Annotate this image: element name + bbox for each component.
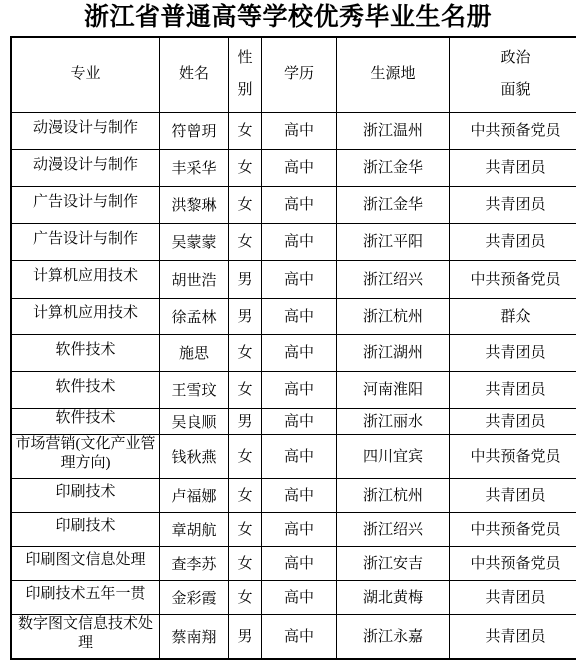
cell-gender: 女 xyxy=(229,546,262,580)
table-body: 动漫设计与制作符曾玥女高中浙江温州中共预备党员动漫设计与制作丰采华女高中浙江金华… xyxy=(11,112,576,659)
cell-education: 高中 xyxy=(262,298,337,334)
table-row: 印刷技术章胡航女高中浙江绍兴中共预备党员 xyxy=(11,512,576,546)
cell-origin: 浙江平阳 xyxy=(337,223,450,260)
cell-name: 吴良顺 xyxy=(160,408,229,434)
cell-major: 数字图文信息技术处理 xyxy=(11,614,160,659)
table-header-row: 专业姓名性 别学历生源地政治 面貌 xyxy=(11,37,576,112)
cell-origin: 浙江绍兴 xyxy=(337,512,450,546)
table-row: 市场营销(文化产业管理方向)钱秋燕女高中四川宜宾中共预备党员 xyxy=(11,434,576,478)
cell-major: 印刷技术 xyxy=(11,478,160,512)
cell-origin: 河南淮阳 xyxy=(337,371,450,408)
cell-origin: 湖北黄梅 xyxy=(337,580,450,614)
cell-education: 高中 xyxy=(262,186,337,223)
graduates-roster-table: 专业姓名性 别学历生源地政治 面貌 动漫设计与制作符曾玥女高中浙江温州中共预备党… xyxy=(10,36,576,660)
cell-political: 共青团员 xyxy=(450,186,576,223)
table-header: 专业姓名性 别学历生源地政治 面貌 xyxy=(11,37,576,112)
cell-name: 章胡航 xyxy=(160,512,229,546)
cell-name: 卢福娜 xyxy=(160,478,229,512)
cell-political: 共青团员 xyxy=(450,371,576,408)
cell-major: 印刷图文信息处理 xyxy=(11,546,160,580)
cell-education: 高中 xyxy=(262,408,337,434)
cell-political: 共青团员 xyxy=(450,580,576,614)
cell-name: 胡世浩 xyxy=(160,260,229,298)
cell-name: 金彩霞 xyxy=(160,580,229,614)
cell-gender: 男 xyxy=(229,614,262,659)
cell-origin: 浙江杭州 xyxy=(337,478,450,512)
cell-major: 印刷技术五年一贯 xyxy=(11,580,160,614)
cell-name: 符曾玥 xyxy=(160,112,229,149)
cell-name: 查李苏 xyxy=(160,546,229,580)
cell-gender: 女 xyxy=(229,149,262,186)
cell-name: 吴蒙蒙 xyxy=(160,223,229,260)
cell-political: 共青团员 xyxy=(450,223,576,260)
table-row: 印刷技术五年一贯金彩霞女高中湖北黄梅共青团员 xyxy=(11,580,576,614)
table-row: 软件技术施思女高中浙江湖州共青团员 xyxy=(11,334,576,371)
cell-major: 软件技术 xyxy=(11,371,160,408)
cell-major: 动漫设计与制作 xyxy=(11,149,160,186)
cell-name: 蔡南翔 xyxy=(160,614,229,659)
cell-gender: 女 xyxy=(229,371,262,408)
cell-major: 市场营销(文化产业管理方向) xyxy=(11,434,160,478)
cell-political: 共青团员 xyxy=(450,334,576,371)
cell-name: 施思 xyxy=(160,334,229,371)
cell-education: 高中 xyxy=(262,546,337,580)
cell-origin: 浙江金华 xyxy=(337,149,450,186)
column-header-education: 学历 xyxy=(262,37,337,112)
cell-major: 印刷技术 xyxy=(11,512,160,546)
cell-origin: 浙江杭州 xyxy=(337,298,450,334)
cell-education: 高中 xyxy=(262,149,337,186)
cell-education: 高中 xyxy=(262,334,337,371)
table-row: 动漫设计与制作符曾玥女高中浙江温州中共预备党员 xyxy=(11,112,576,149)
cell-gender: 男 xyxy=(229,408,262,434)
cell-major: 软件技术 xyxy=(11,334,160,371)
cell-name: 王雪玟 xyxy=(160,371,229,408)
cell-education: 高中 xyxy=(262,512,337,546)
table-row: 印刷图文信息处理查李苏女高中浙江安吉中共预备党员 xyxy=(11,546,576,580)
table-row: 动漫设计与制作丰采华女高中浙江金华共青团员 xyxy=(11,149,576,186)
document-page: 浙江省普通高等学校优秀毕业生名册 专业姓名性 别学历生源地政治 面貌 动漫设计与… xyxy=(0,0,576,665)
cell-origin: 浙江安吉 xyxy=(337,546,450,580)
cell-education: 高中 xyxy=(262,478,337,512)
cell-gender: 女 xyxy=(229,334,262,371)
cell-major: 动漫设计与制作 xyxy=(11,112,160,149)
cell-origin: 浙江绍兴 xyxy=(337,260,450,298)
cell-education: 高中 xyxy=(262,434,337,478)
table-row: 计算机应用技术徐孟林男高中浙江杭州群众 xyxy=(11,298,576,334)
cell-name: 洪黎琳 xyxy=(160,186,229,223)
cell-political: 中共预备党员 xyxy=(450,260,576,298)
cell-political: 中共预备党员 xyxy=(450,512,576,546)
cell-name: 丰采华 xyxy=(160,149,229,186)
cell-origin: 浙江金华 xyxy=(337,186,450,223)
cell-education: 高中 xyxy=(262,580,337,614)
cell-political: 中共预备党员 xyxy=(450,434,576,478)
cell-gender: 男 xyxy=(229,298,262,334)
table-row: 计算机应用技术胡世浩男高中浙江绍兴中共预备党员 xyxy=(11,260,576,298)
column-header-gender: 性 别 xyxy=(229,37,262,112)
cell-major: 软件技术 xyxy=(11,408,160,434)
cell-education: 高中 xyxy=(262,223,337,260)
column-header-name: 姓名 xyxy=(160,37,229,112)
cell-origin: 浙江丽水 xyxy=(337,408,450,434)
table-row: 数字图文信息技术处理蔡南翔男高中浙江永嘉共青团员 xyxy=(11,614,576,659)
cell-political: 中共预备党员 xyxy=(450,546,576,580)
page-title: 浙江省普通高等学校优秀毕业生名册 xyxy=(0,0,576,36)
cell-education: 高中 xyxy=(262,112,337,149)
cell-name: 钱秋燕 xyxy=(160,434,229,478)
cell-education: 高中 xyxy=(262,371,337,408)
cell-gender: 女 xyxy=(229,478,262,512)
column-header-major: 专业 xyxy=(11,37,160,112)
cell-origin: 四川宜宾 xyxy=(337,434,450,478)
cell-major: 广告设计与制作 xyxy=(11,223,160,260)
cell-name: 徐孟林 xyxy=(160,298,229,334)
column-header-origin: 生源地 xyxy=(337,37,450,112)
cell-education: 高中 xyxy=(262,614,337,659)
cell-gender: 女 xyxy=(229,434,262,478)
cell-political: 共青团员 xyxy=(450,149,576,186)
cell-gender: 男 xyxy=(229,260,262,298)
table-row: 广告设计与制作洪黎琳女高中浙江金华共青团员 xyxy=(11,186,576,223)
table-row: 软件技术王雪玟女高中河南淮阳共青团员 xyxy=(11,371,576,408)
column-header-political: 政治 面貌 xyxy=(450,37,576,112)
cell-major: 广告设计与制作 xyxy=(11,186,160,223)
cell-gender: 女 xyxy=(229,223,262,260)
cell-political: 中共预备党员 xyxy=(450,112,576,149)
cell-origin: 浙江温州 xyxy=(337,112,450,149)
cell-origin: 浙江湖州 xyxy=(337,334,450,371)
cell-gender: 女 xyxy=(229,512,262,546)
table-row: 软件技术吴良顺男高中浙江丽水共青团员 xyxy=(11,408,576,434)
cell-major: 计算机应用技术 xyxy=(11,260,160,298)
cell-origin: 浙江永嘉 xyxy=(337,614,450,659)
cell-political: 群众 xyxy=(450,298,576,334)
cell-political: 共青团员 xyxy=(450,408,576,434)
cell-gender: 女 xyxy=(229,186,262,223)
cell-political: 共青团员 xyxy=(450,478,576,512)
cell-political: 共青团员 xyxy=(450,614,576,659)
cell-major: 计算机应用技术 xyxy=(11,298,160,334)
cell-education: 高中 xyxy=(262,260,337,298)
cell-gender: 女 xyxy=(229,580,262,614)
table-row: 广告设计与制作吴蒙蒙女高中浙江平阳共青团员 xyxy=(11,223,576,260)
table-row: 印刷技术卢福娜女高中浙江杭州共青团员 xyxy=(11,478,576,512)
cell-gender: 女 xyxy=(229,112,262,149)
